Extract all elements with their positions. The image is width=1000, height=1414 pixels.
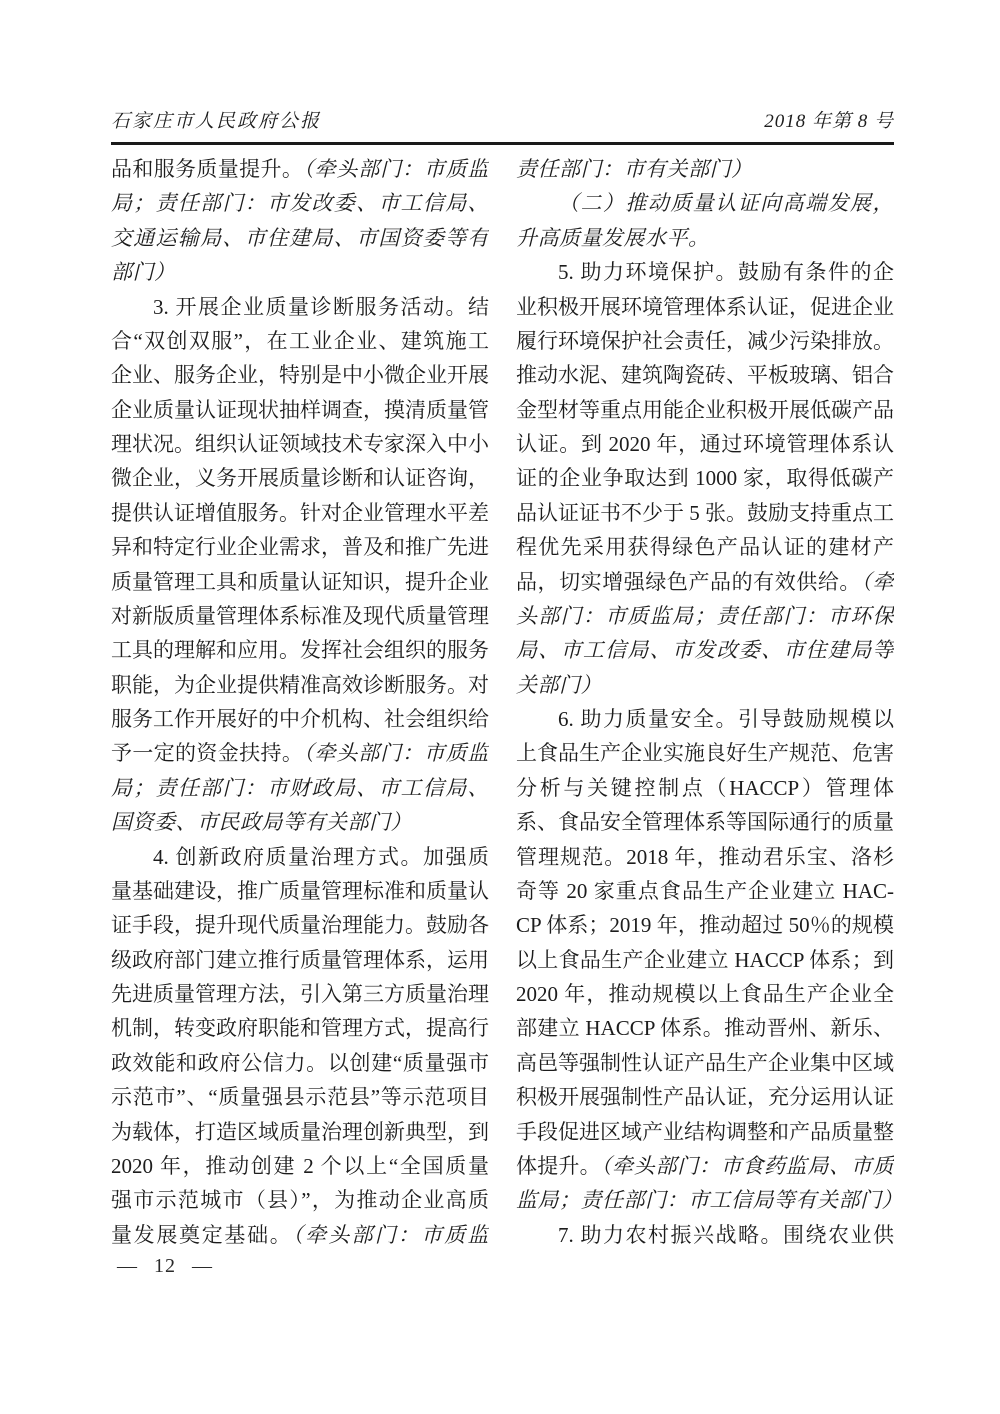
text-line: CP 体系；2019 年，推动超过 50％的规模 [516, 908, 894, 942]
song-text-segment: 对新版质量管理体系标准及现代质量管理 [111, 604, 489, 628]
text-line: 4. 创新政府质量治理方式。加强质 [111, 840, 489, 874]
song-text-segment: 为载体，打造区域质量治理创新典型，到 [111, 1120, 489, 1144]
text-line: 政效能和政府公信力。以创建“质量强市 [111, 1046, 489, 1080]
text-line: 质量管理工具和质量认证知识，提升企业 [111, 565, 489, 599]
song-text-segment: 手段促进区域产业结构调整和产品质量整 [516, 1120, 894, 1144]
song-text-segment: 示范市”、“质量强县示范县”等示范项目 [111, 1085, 489, 1109]
text-line: 为载体，打造区域质量治理创新典型，到 [111, 1115, 489, 1149]
text-line: 金型材等重点用能企业积极开展低碳产品 [516, 393, 894, 427]
song-text-segment: 证的企业争取达到 1000 家，取得低碳产 [516, 466, 894, 490]
text-line: 手段促进区域产业结构调整和产品质量整 [516, 1115, 894, 1149]
kai-text-segment: 头部门：市质监局；责任部门：市环保 [516, 604, 894, 628]
text-line: 对新版质量管理体系标准及现代质量管理 [111, 599, 489, 633]
text-line: 管理规范。2018 年，推动君乐宝、洛杉 [516, 840, 894, 874]
text-line: 系、食品安全管理体系等国际通行的质量 [516, 805, 894, 839]
song-text-segment: 政效能和政府公信力。以创建“质量强市 [111, 1051, 489, 1075]
text-line: 监局；责任部门：市工信局等有关部门） [516, 1183, 894, 1217]
song-text-segment: 5. 助力环境保护。鼓励有条件的企 [558, 260, 894, 284]
song-text-segment: 工具的理解和应用。发挥社会组织的服务 [111, 638, 489, 662]
text-line: 微企业，义务开展质量诊断和认证咨询， [111, 461, 489, 495]
song-text-segment: 奇等 20 家重点食品生产企业建立 HAC- [516, 879, 894, 903]
song-text-segment: 7. 助力农村振兴战略。围绕农业供 [558, 1223, 894, 1247]
song-text-segment: 量基础建设，推广质量管理标准和质量认 [111, 879, 489, 903]
song-text-segment: 4. 创新政府质量治理方式。加强质 [153, 845, 489, 869]
text-line: 体提升。（牵头部门：市食药监局、市质 [516, 1149, 894, 1183]
left-column: 品和服务质量提升。（牵头部门：市质监局；责任部门：市发改委、市工信局、市交通运输… [111, 152, 489, 1252]
text-line: 分析与关键控制点（HACCP）管理体 [516, 771, 894, 805]
song-text-segment: 职能，为企业提供精准高效诊断服务。对 [111, 673, 489, 697]
text-line: 提供认证增值服务。针对企业管理水平差 [111, 496, 489, 530]
text-line: 推动水泥、建筑陶瓷砖、平板玻璃、铝合 [516, 358, 894, 392]
text-line: 局；责任部门：市财政局、市工信局、市 [111, 771, 489, 805]
song-text-segment: 合“双创双服”，在工业企业、建筑施工 [111, 329, 489, 353]
song-text-segment: 高邑等强制性认证产品生产企业集中区域 [516, 1051, 894, 1075]
song-text-segment: 推动水泥、建筑陶瓷砖、平板玻璃、铝合 [516, 363, 894, 387]
song-text-segment: CP 体系；2019 年，推动超过 50％的规模 [516, 913, 894, 937]
song-text-segment: 品和服务质量提升。 [111, 157, 303, 181]
kai-text-segment: 部门） [111, 260, 176, 284]
song-text-segment: 3. 开展企业质量诊断服务活动。结 [153, 295, 489, 319]
text-line: 局、市工信局、市发改委、市住建局等有 [516, 633, 894, 667]
kai-text-segment: 局、市工信局、市发改委、市住建局等有 [516, 638, 894, 667]
text-line: 量发展奠定基础。（牵头部门：市质监局； [111, 1218, 489, 1252]
text-line: 证手段，提升现代质量治理能力。鼓励各 [111, 908, 489, 942]
text-line: 2020 年，推动规模以上食品生产企业全 [516, 977, 894, 1011]
kai-text-segment: 责任部门：市有关部门） [516, 157, 753, 181]
song-text-segment: 质量管理工具和质量认证知识，提升企业 [111, 570, 489, 594]
song-text-segment: 机制，转变政府职能和管理方式，提高行 [111, 1016, 489, 1040]
text-line: 予一定的资金扶持。（牵头部门：市质监 [111, 736, 489, 770]
text-line: 国资委、市民政局等有关部门） [111, 805, 489, 839]
gazette-title: 石家庄市人民政府公报 [111, 106, 321, 133]
song-text-segment: 异和特定行业企业需求，普及和推广先进 [111, 535, 489, 559]
kai-text-segment: 局；责任部门：市财政局、市工信局、市 [111, 776, 489, 805]
text-line: 高邑等强制性认证产品生产企业集中区域 [516, 1046, 894, 1080]
song-text-segment: 证手段，提升现代质量治理能力。鼓励各 [111, 913, 489, 937]
song-text-segment: 品，切实增强绿色产品的有效供给。 [516, 570, 861, 594]
text-line: 品，切实增强绿色产品的有效供给。（牵 [516, 565, 894, 599]
song-text-segment: 级政府部门建立推行质量管理体系，运用 [111, 948, 489, 972]
text-line: 部门） [111, 255, 489, 289]
text-line: 履行环境保护社会责任，减少污染排放。 [516, 324, 894, 358]
page-number: — 12 — [117, 1255, 213, 1278]
gazette-page: 石家庄市人民政府公报 2018 年第 8 号 品和服务质量提升。（牵头部门：市质… [0, 0, 1000, 1414]
text-line: 责任部门：市有关部门） [516, 152, 894, 186]
kai-text-segment: 国资委、市民政局等有关部门） [111, 810, 412, 834]
text-line: 级政府部门建立推行质量管理体系，运用 [111, 943, 489, 977]
text-line: 企业、服务企业，特别是中小微企业开展 [111, 358, 489, 392]
song-text-segment: 认证。到 2020 年，通过环境管理体系认 [516, 432, 894, 456]
song-text-segment: 企业质量认证现状抽样调查，摸清质量管 [111, 398, 489, 422]
text-line: 强市示范城市（县）”，为推动企业高质 [111, 1183, 489, 1217]
song-text-segment: 2020 年，推动规模以上食品生产企业全 [516, 982, 894, 1006]
text-line: 5. 助力环境保护。鼓励有条件的企 [516, 255, 894, 289]
text-line: 企业质量认证现状抽样调查，摸清质量管 [111, 393, 489, 427]
issue-number: 2018 年第 8 号 [764, 106, 894, 133]
text-line: 局；责任部门：市发改委、市工信局、市 [111, 186, 489, 220]
kai-text-segment: （牵头部门：市食药监局、市质 [601, 1154, 894, 1178]
text-line: 证的企业争取达到 1000 家，取得低碳产 [516, 461, 894, 495]
kai-text-segment: 升高质量发展水平。 [516, 226, 710, 250]
song-text-segment: 6. 助力质量安全。引导鼓励规模以 [558, 707, 894, 731]
text-line: 交通运输局、市住建局、市国资委等有关 [111, 221, 489, 255]
text-line: 业积极开展环境管理体系认证，促进企业 [516, 290, 894, 324]
page-header: 石家庄市人民政府公报 2018 年第 8 号 [111, 106, 894, 145]
text-line: 机制，转变政府职能和管理方式，提高行 [111, 1011, 489, 1045]
song-text-segment: 体提升。 [516, 1154, 601, 1178]
kai-text-segment: （牵头部门：市质监 [303, 157, 489, 181]
song-text-segment: 部建立 HACCP 体系。推动晋州、新乐、 [516, 1016, 894, 1040]
song-text-segment: 予一定的资金扶持。 [111, 741, 303, 765]
song-text-segment: 系、食品安全管理体系等国际通行的质量 [516, 810, 894, 834]
song-text-segment: 2020 年，推动创建 2 个以上“全国质量 [111, 1154, 489, 1178]
song-text-segment: 以上食品生产企业建立 HACCP 体系；到 [516, 948, 894, 972]
kai-text-segment: （二）推动质量认证向高端发展，提 [516, 191, 894, 220]
text-line: 服务工作开展好的中介机构、社会组织给 [111, 702, 489, 736]
text-line: 部建立 HACCP 体系。推动晋州、新乐、 [516, 1011, 894, 1045]
song-text-segment: 强市示范城市（县）”，为推动企业高质 [111, 1188, 489, 1212]
text-line: 上食品生产企业实施良好生产规范、危害 [516, 736, 894, 770]
song-text-segment: 上食品生产企业实施良好生产规范、危害 [516, 741, 894, 765]
text-line: 积极开展强制性产品认证，充分运用认证 [516, 1080, 894, 1114]
kai-text-segment: 局；责任部门：市发改委、市工信局、市 [111, 191, 489, 220]
text-line: 品和服务质量提升。（牵头部门：市质监 [111, 152, 489, 186]
song-text-segment: 业积极开展环境管理体系认证，促进企业 [516, 295, 894, 319]
text-line: 工具的理解和应用。发挥社会组织的服务 [111, 633, 489, 667]
right-column: 责任部门：市有关部门）（二）推动质量认证向高端发展，提升高质量发展水平。5. 助… [516, 152, 894, 1252]
song-text-segment: 程优先采用获得绿色产品认证的建材产 [516, 535, 894, 559]
song-text-segment: 微企业，义务开展质量诊断和认证咨询， [111, 466, 489, 490]
song-text-segment: 企业、服务企业，特别是中小微企业开展 [111, 363, 489, 387]
text-line: 2020 年，推动创建 2 个以上“全国质量 [111, 1149, 489, 1183]
song-text-segment: 品认证证书不少于 5 张。鼓励支持重点工 [516, 501, 894, 525]
song-text-segment: 积极开展强制性产品认证，充分运用认证 [516, 1085, 894, 1109]
song-text-segment: 履行环境保护社会责任，减少污染排放。 [516, 329, 894, 353]
kai-text-segment: 交通运输局、市住建局、市国资委等有关 [111, 226, 489, 255]
text-line: 先进质量管理方法，引入第三方质量治理 [111, 977, 489, 1011]
text-line: 异和特定行业企业需求，普及和推广先进 [111, 530, 489, 564]
text-line: 程优先采用获得绿色产品认证的建材产 [516, 530, 894, 564]
text-line: 6. 助力质量安全。引导鼓励规模以 [516, 702, 894, 736]
text-line: （二）推动质量认证向高端发展，提 [516, 186, 894, 220]
text-line: 以上食品生产企业建立 HACCP 体系；到 [516, 943, 894, 977]
text-line: 量基础建设，推广质量管理标准和质量认 [111, 874, 489, 908]
song-text-segment: 金型材等重点用能企业积极开展低碳产品 [516, 398, 894, 422]
text-line: 3. 开展企业质量诊断服务活动。结 [111, 290, 489, 324]
text-line: 认证。到 2020 年，通过环境管理体系认 [516, 427, 894, 461]
text-line: 品认证证书不少于 5 张。鼓励支持重点工 [516, 496, 894, 530]
text-line: 示范市”、“质量强县示范县”等示范项目 [111, 1080, 489, 1114]
text-line: 合“双创双服”，在工业企业、建筑施工 [111, 324, 489, 358]
song-text-segment: 理状况。组织认证领域技术专家深入中小 [111, 432, 489, 456]
song-text-segment: 服务工作开展好的中介机构、社会组织给 [111, 707, 489, 731]
song-text-segment: 管理规范。2018 年，推动君乐宝、洛杉 [516, 845, 894, 869]
text-line: 职能，为企业提供精准高效诊断服务。对 [111, 668, 489, 702]
kai-text-segment: 监局；责任部门：市工信局等有关部门） [516, 1188, 894, 1212]
song-text-segment: 先进质量管理方法，引入第三方质量治理 [111, 982, 489, 1006]
text-line: 奇等 20 家重点食品生产企业建立 HAC- [516, 874, 894, 908]
text-line: 7. 助力农村振兴战略。围绕农业供 [516, 1218, 894, 1252]
song-text-segment: 提供认证增值服务。针对企业管理水平差 [111, 501, 489, 525]
page-body: 品和服务质量提升。（牵头部门：市质监局；责任部门：市发改委、市工信局、市交通运输… [111, 152, 894, 1252]
text-line: 升高质量发展水平。 [516, 221, 894, 255]
song-text-segment: 分析与关键控制点（HACCP）管理体 [516, 776, 894, 800]
kai-text-segment: （牵 [861, 570, 894, 594]
song-text-segment: 量发展奠定基础。 [111, 1223, 293, 1247]
text-line: 理状况。组织认证领域技术专家深入中小 [111, 427, 489, 461]
kai-text-segment: （牵头部门：市质监 [303, 741, 489, 765]
kai-text-segment: 关部门） [516, 673, 602, 697]
text-line: 头部门：市质监局；责任部门：市环保 [516, 599, 894, 633]
text-line: 关部门） [516, 668, 894, 702]
